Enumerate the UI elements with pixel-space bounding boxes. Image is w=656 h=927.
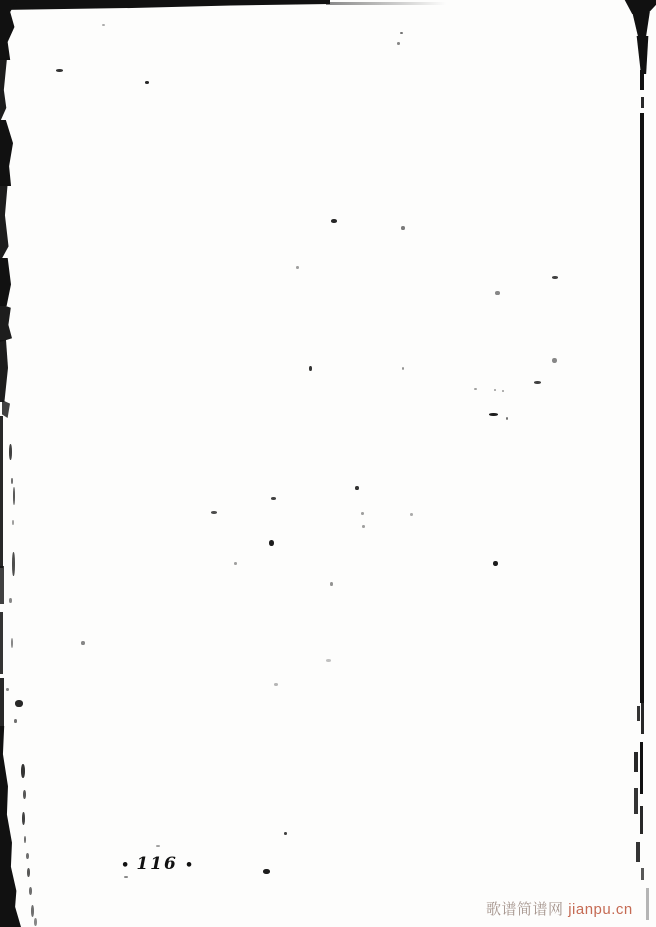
scan-speck [26,853,29,859]
page-number: • 116 • [121,855,193,873]
scan-edge-mark [634,788,638,814]
scan-edge-mark [0,304,12,342]
scan-speck [263,869,270,874]
scan-speck [284,832,287,835]
scan-speck [401,226,405,230]
scan-edge-mark [640,806,643,834]
page-number-value: 116 [136,855,178,873]
scan-edge-mark [0,726,21,927]
scan-edge-mark [641,700,644,734]
scan-speck [29,887,32,895]
scan-speck [12,552,15,576]
scan-edge-mark [326,2,446,5]
scan-edge-mark [0,678,4,730]
scan-speck [410,513,413,516]
scan-speck [331,219,337,223]
scan-speck [330,582,333,586]
page-number-left-dot: • [121,861,129,871]
scan-speck [361,512,364,515]
scan-edge-mark [0,258,11,306]
scan-speck [145,81,149,84]
scan-speck [493,561,498,566]
scan-speck [34,918,37,926]
scan-edge-mark [630,12,652,38]
scan-edge-mark [640,113,644,703]
scan-speck [12,520,14,525]
scan-speck [274,683,278,686]
scan-speck [11,478,13,484]
scan-speck [474,388,477,390]
scan-speck [11,638,13,648]
scan-speck [355,486,359,490]
scan-speck [124,876,128,878]
scan-edge-mark [636,36,649,74]
watermark: 歌谱简谱网 jianpu.cn [486,898,633,919]
scan-edge-mark [637,706,640,721]
scan-speck [489,413,498,416]
scan-edge-mark [641,868,644,880]
scan-edge-mark [636,842,640,862]
scan-speck [102,24,105,26]
scan-speck [31,905,34,917]
scan-speck [494,389,496,391]
scan-speck [56,69,63,72]
scan-speck [271,497,276,500]
scan-speck [211,511,217,514]
scan-speck [362,525,365,528]
scan-edge-mark [0,184,9,262]
scan-edge-mark [640,742,643,794]
scan-edge-mark [2,400,10,418]
scan-speck [534,381,541,384]
scan-edge-mark [0,566,4,604]
scan-speck [309,366,312,371]
scan-edge-mark [0,120,13,186]
scan-speck [326,659,331,662]
scan-edge-mark [0,340,8,402]
scan-speck [9,444,12,460]
scan-edge-mark [640,70,644,90]
scan-speck [502,390,504,392]
scan-speck [27,868,30,877]
page-number-right-dot: • [185,861,193,871]
scan-speck [156,845,160,847]
scan-speck [22,812,25,825]
scan-speck [9,598,12,603]
watermark-site-name: 歌谱简谱网 [486,901,564,918]
scan-speck [400,32,403,34]
scan-speck [81,641,85,645]
scanned-book-page: • 116 • 歌谱简谱网 jianpu.cn [0,0,656,927]
scan-speck [15,700,23,707]
scan-speck [506,417,508,420]
scan-edge-mark [646,888,649,920]
scan-speck [6,688,9,691]
scan-edge-mark [634,752,638,772]
scan-speck [552,358,557,363]
scan-speck [13,487,15,505]
scan-speck [24,836,26,843]
scan-speck [495,291,500,295]
scan-edge-mark [641,97,644,108]
scan-speck [397,42,400,45]
scan-edge-mark [622,0,656,14]
scan-edge-mark [0,58,7,122]
scan-speck [552,276,558,279]
scan-edge-mark [0,612,3,674]
scan-speck [23,790,26,799]
watermark-site-url: jianpu.cn [568,901,633,918]
scan-edge-mark [0,0,330,10]
scan-speck [402,367,404,370]
scan-speck [269,540,274,546]
scan-speck [296,266,299,269]
scan-speck [21,764,25,778]
scan-speck [234,562,237,565]
scan-edge-mark [0,416,3,568]
scan-speck [14,719,17,723]
